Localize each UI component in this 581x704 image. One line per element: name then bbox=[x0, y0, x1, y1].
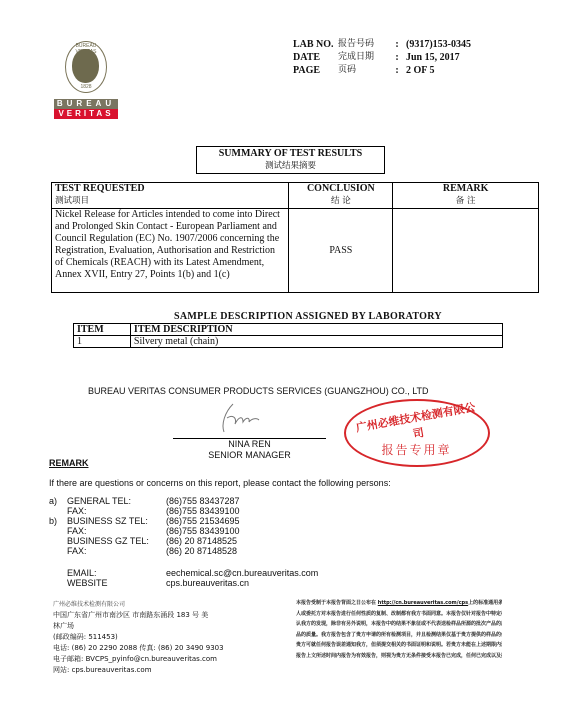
footer-terms: 本报告受制于本报告背面之日公布在 http://cn.bureauveritas… bbox=[296, 598, 502, 661]
contact-marker bbox=[49, 526, 67, 536]
remark-cell bbox=[393, 209, 539, 293]
date-value: Jun 15, 2017 bbox=[406, 51, 460, 64]
contact-value: (86)755 83437287 bbox=[166, 496, 240, 506]
item-cell: 1 bbox=[74, 336, 131, 348]
contact-marker bbox=[49, 506, 67, 516]
contact-marker bbox=[49, 536, 67, 546]
website-label: WEBSITE bbox=[67, 578, 166, 588]
signatory-position: SENIOR MANAGER bbox=[173, 450, 326, 461]
stamp-purpose-text: 报告专用章 bbox=[346, 441, 487, 458]
lab-no-row: LAB NO. 报告号码 : (9317)153-0345 bbox=[293, 38, 471, 51]
company-name: BUREAU VERITAS CONSUMER PRODUCTS SERVICE… bbox=[88, 386, 429, 396]
header-conclusion-cn: 结 论 bbox=[292, 195, 389, 207]
contact-row: FAX:(86)755 83439100 bbox=[49, 526, 318, 536]
header-remark-cn: 备 注 bbox=[396, 195, 535, 207]
signatory-block: NINA REN SENIOR MANAGER bbox=[173, 439, 326, 461]
header-remark: REMARK 备 注 bbox=[393, 183, 539, 209]
bureau-veritas-logo: BUREAU VERITAS 1828 BUREAU VERITAS bbox=[54, 39, 118, 121]
signature-icon bbox=[215, 398, 265, 438]
lab-no-label-cn: 报告号码 bbox=[338, 38, 388, 51]
page-row: PAGE 页码 : 2 OF 5 bbox=[293, 64, 471, 77]
contact-value: (86) 20 87148528 bbox=[166, 546, 237, 556]
contact-row: a)GENERAL TEL:(86)755 83437287 bbox=[49, 496, 318, 506]
footer-address-line2: 林广场 bbox=[53, 621, 233, 632]
contact-label: FAX: bbox=[67, 546, 166, 556]
website-row: WEBSITEcps.bureauveritas.cn bbox=[49, 578, 318, 588]
email-label: EMAIL: bbox=[67, 568, 166, 578]
logo-band-bureau: BUREAU bbox=[54, 99, 118, 109]
header-item-description: ITEM DESCRIPTION bbox=[130, 324, 502, 336]
contact-marker: b) bbox=[49, 516, 67, 526]
page-sep: : bbox=[388, 64, 406, 77]
item-description-cell: Silvery metal (chain) bbox=[130, 336, 502, 348]
contact-value: (86) 20 87148525 bbox=[166, 536, 237, 546]
official-stamp: 广州必维技术检测有限公司 报告专用章 bbox=[344, 399, 490, 467]
remark-intro: If there are questions or concerns on th… bbox=[49, 478, 391, 488]
footer-address: 广州必维技术检测有限公司 中国广东省广州市南沙区 市南路东涌段 183 号 美 … bbox=[53, 599, 233, 676]
lab-no-sep: : bbox=[388, 38, 406, 51]
table-row: Nickel Release for Articles intended to … bbox=[52, 209, 539, 293]
contact-list: a)GENERAL TEL:(86)755 83437287 FAX:(86)7… bbox=[49, 496, 318, 588]
contact-label: BUSINESS SZ TEL: bbox=[67, 516, 166, 526]
contact-marker: a) bbox=[49, 496, 67, 506]
date-label-cn: 完成日期 bbox=[338, 51, 388, 64]
footer-address-line1: 中国广东省广州市南沙区 市南路东涌段 183 号 美 bbox=[53, 610, 233, 621]
sample-description-table: ITEM ITEM DESCRIPTION 1 Silvery metal (c… bbox=[73, 323, 503, 348]
email-row: EMAIL:eechemical.sc@cn.bureauveritas.com bbox=[49, 568, 318, 578]
contact-marker bbox=[49, 546, 67, 556]
conclusion-cell: PASS bbox=[289, 209, 393, 293]
terms-line: 贵方可就任何报告误差通知我方，但须提交相关的书面证明和说明。若贵方未能在上述期限… bbox=[296, 640, 502, 651]
sample-description-title: SAMPLE DESCRIPTION ASSIGNED BY LABORATOR… bbox=[174, 311, 442, 322]
terms-prefix: 本报告受制于本报告背面之日公布在 bbox=[296, 600, 376, 606]
logo-band-veritas: VERITAS bbox=[54, 109, 118, 119]
lab-no-label: LAB NO. bbox=[293, 38, 338, 51]
lab-no-value: (9317)153-0345 bbox=[406, 38, 471, 51]
header-remark-en: REMARK bbox=[396, 183, 535, 195]
contact-label: FAX: bbox=[67, 526, 166, 536]
contact-label: GENERAL TEL: bbox=[67, 496, 166, 506]
signatory-name: NINA REN bbox=[173, 439, 326, 450]
contact-value: (86)755 83439100 bbox=[166, 506, 240, 516]
results-header-row: TEST REQUESTED 测试项目 CONCLUSION 结 论 REMAR… bbox=[52, 183, 539, 209]
footer-phone: 电话: (86) 20 2290 2088 传真: (86) 20 3490 9… bbox=[53, 643, 233, 654]
page-value: 2 OF 5 bbox=[406, 64, 435, 77]
report-header-info: LAB NO. 报告号码 : (9317)153-0345 DATE 完成日期 … bbox=[293, 38, 471, 77]
terms-line: 本报告受制于本报告背面之日公布在 http://cn.bureauveritas… bbox=[296, 598, 502, 609]
date-label: DATE bbox=[293, 51, 338, 64]
terms-line: 认我方的发现，除非有另外说明，本报告中的结果不象征或不代表送检样品所源的批次产品… bbox=[296, 619, 502, 630]
contact-label: FAX: bbox=[67, 506, 166, 516]
date-row: DATE 完成日期 : Jun 15, 2017 bbox=[293, 51, 471, 64]
contact-row: FAX:(86)755 83439100 bbox=[49, 506, 318, 516]
test-requested-cell: Nickel Release for Articles intended to … bbox=[52, 209, 289, 293]
header-test-requested-en: TEST REQUESTED bbox=[55, 183, 285, 195]
terms-link[interactable]: http://cn.bureauveritas.com/cps bbox=[378, 600, 468, 606]
summary-title-cn: 测试结果摘要 bbox=[197, 160, 384, 172]
summary-title: SUMMARY OF TEST RESULTS bbox=[197, 148, 384, 160]
seal-figure-icon bbox=[72, 49, 99, 83]
terms-line: 品的质量。我方报告包含了贵方申请的所有检测项目，并且检测结果仅基于贵方提供的样品… bbox=[296, 630, 502, 641]
contact-row: BUSINESS GZ TEL:(86) 20 87148525 bbox=[49, 536, 318, 546]
contact-value: (86)755 83439100 bbox=[166, 526, 240, 536]
header-test-requested-cn: 测试项目 bbox=[55, 195, 285, 207]
table-row: 1 Silvery metal (chain) bbox=[74, 336, 503, 348]
page-label-cn: 页码 bbox=[338, 64, 388, 77]
contact-row: b)BUSINESS SZ TEL:(86)755 21534695 bbox=[49, 516, 318, 526]
seal-year: 1828 bbox=[66, 84, 106, 90]
terms-line: 人或委托方对本报告进行任何性质的复制、改制都有我方书面同意。本报告仅针对报告中特… bbox=[296, 609, 502, 620]
footer-company-cn: 广州必维技术检测有限公司 bbox=[53, 599, 233, 610]
seal-icon: BUREAU VERITAS 1828 bbox=[65, 41, 107, 93]
footer-postcode: (邮政编码: 511453) bbox=[53, 632, 233, 643]
footer-website[interactable]: 网站: cps.bureauveritas.com bbox=[53, 665, 233, 676]
terms-text: 上的标准通用条款，并为贵方独家使用。本报告仅反映了我方受 bbox=[468, 600, 502, 606]
test-results-table: TEST REQUESTED 测试项目 CONCLUSION 结 论 REMAR… bbox=[51, 182, 539, 293]
email-link[interactable]: eechemical.sc@cn.bureauveritas.com bbox=[166, 568, 318, 578]
terms-line: 报告上文所述时间内报告为有效报告，则视为贵方无条件接受本报告已完成，任何已完成以… bbox=[296, 651, 502, 662]
summary-title-box: SUMMARY OF TEST RESULTS 测试结果摘要 bbox=[196, 146, 385, 174]
date-sep: : bbox=[388, 51, 406, 64]
footer-email[interactable]: 电子邮箱: BVCPS_pyinfo@cn.bureauveritas.com bbox=[53, 654, 233, 665]
website-link[interactable]: cps.bureauveritas.cn bbox=[166, 578, 249, 588]
contact-label: BUSINESS GZ TEL: bbox=[67, 536, 166, 546]
contact-row: FAX:(86) 20 87148528 bbox=[49, 546, 318, 556]
header-conclusion-en: CONCLUSION bbox=[292, 183, 389, 195]
header-item: ITEM bbox=[74, 324, 131, 336]
page-label: PAGE bbox=[293, 64, 338, 77]
header-test-requested: TEST REQUESTED 测试项目 bbox=[52, 183, 289, 209]
header-conclusion: CONCLUSION 结 论 bbox=[289, 183, 393, 209]
sample-header-row: ITEM ITEM DESCRIPTION bbox=[74, 324, 503, 336]
remark-title: REMARK bbox=[49, 458, 89, 468]
contact-value: (86)755 21534695 bbox=[166, 516, 240, 526]
